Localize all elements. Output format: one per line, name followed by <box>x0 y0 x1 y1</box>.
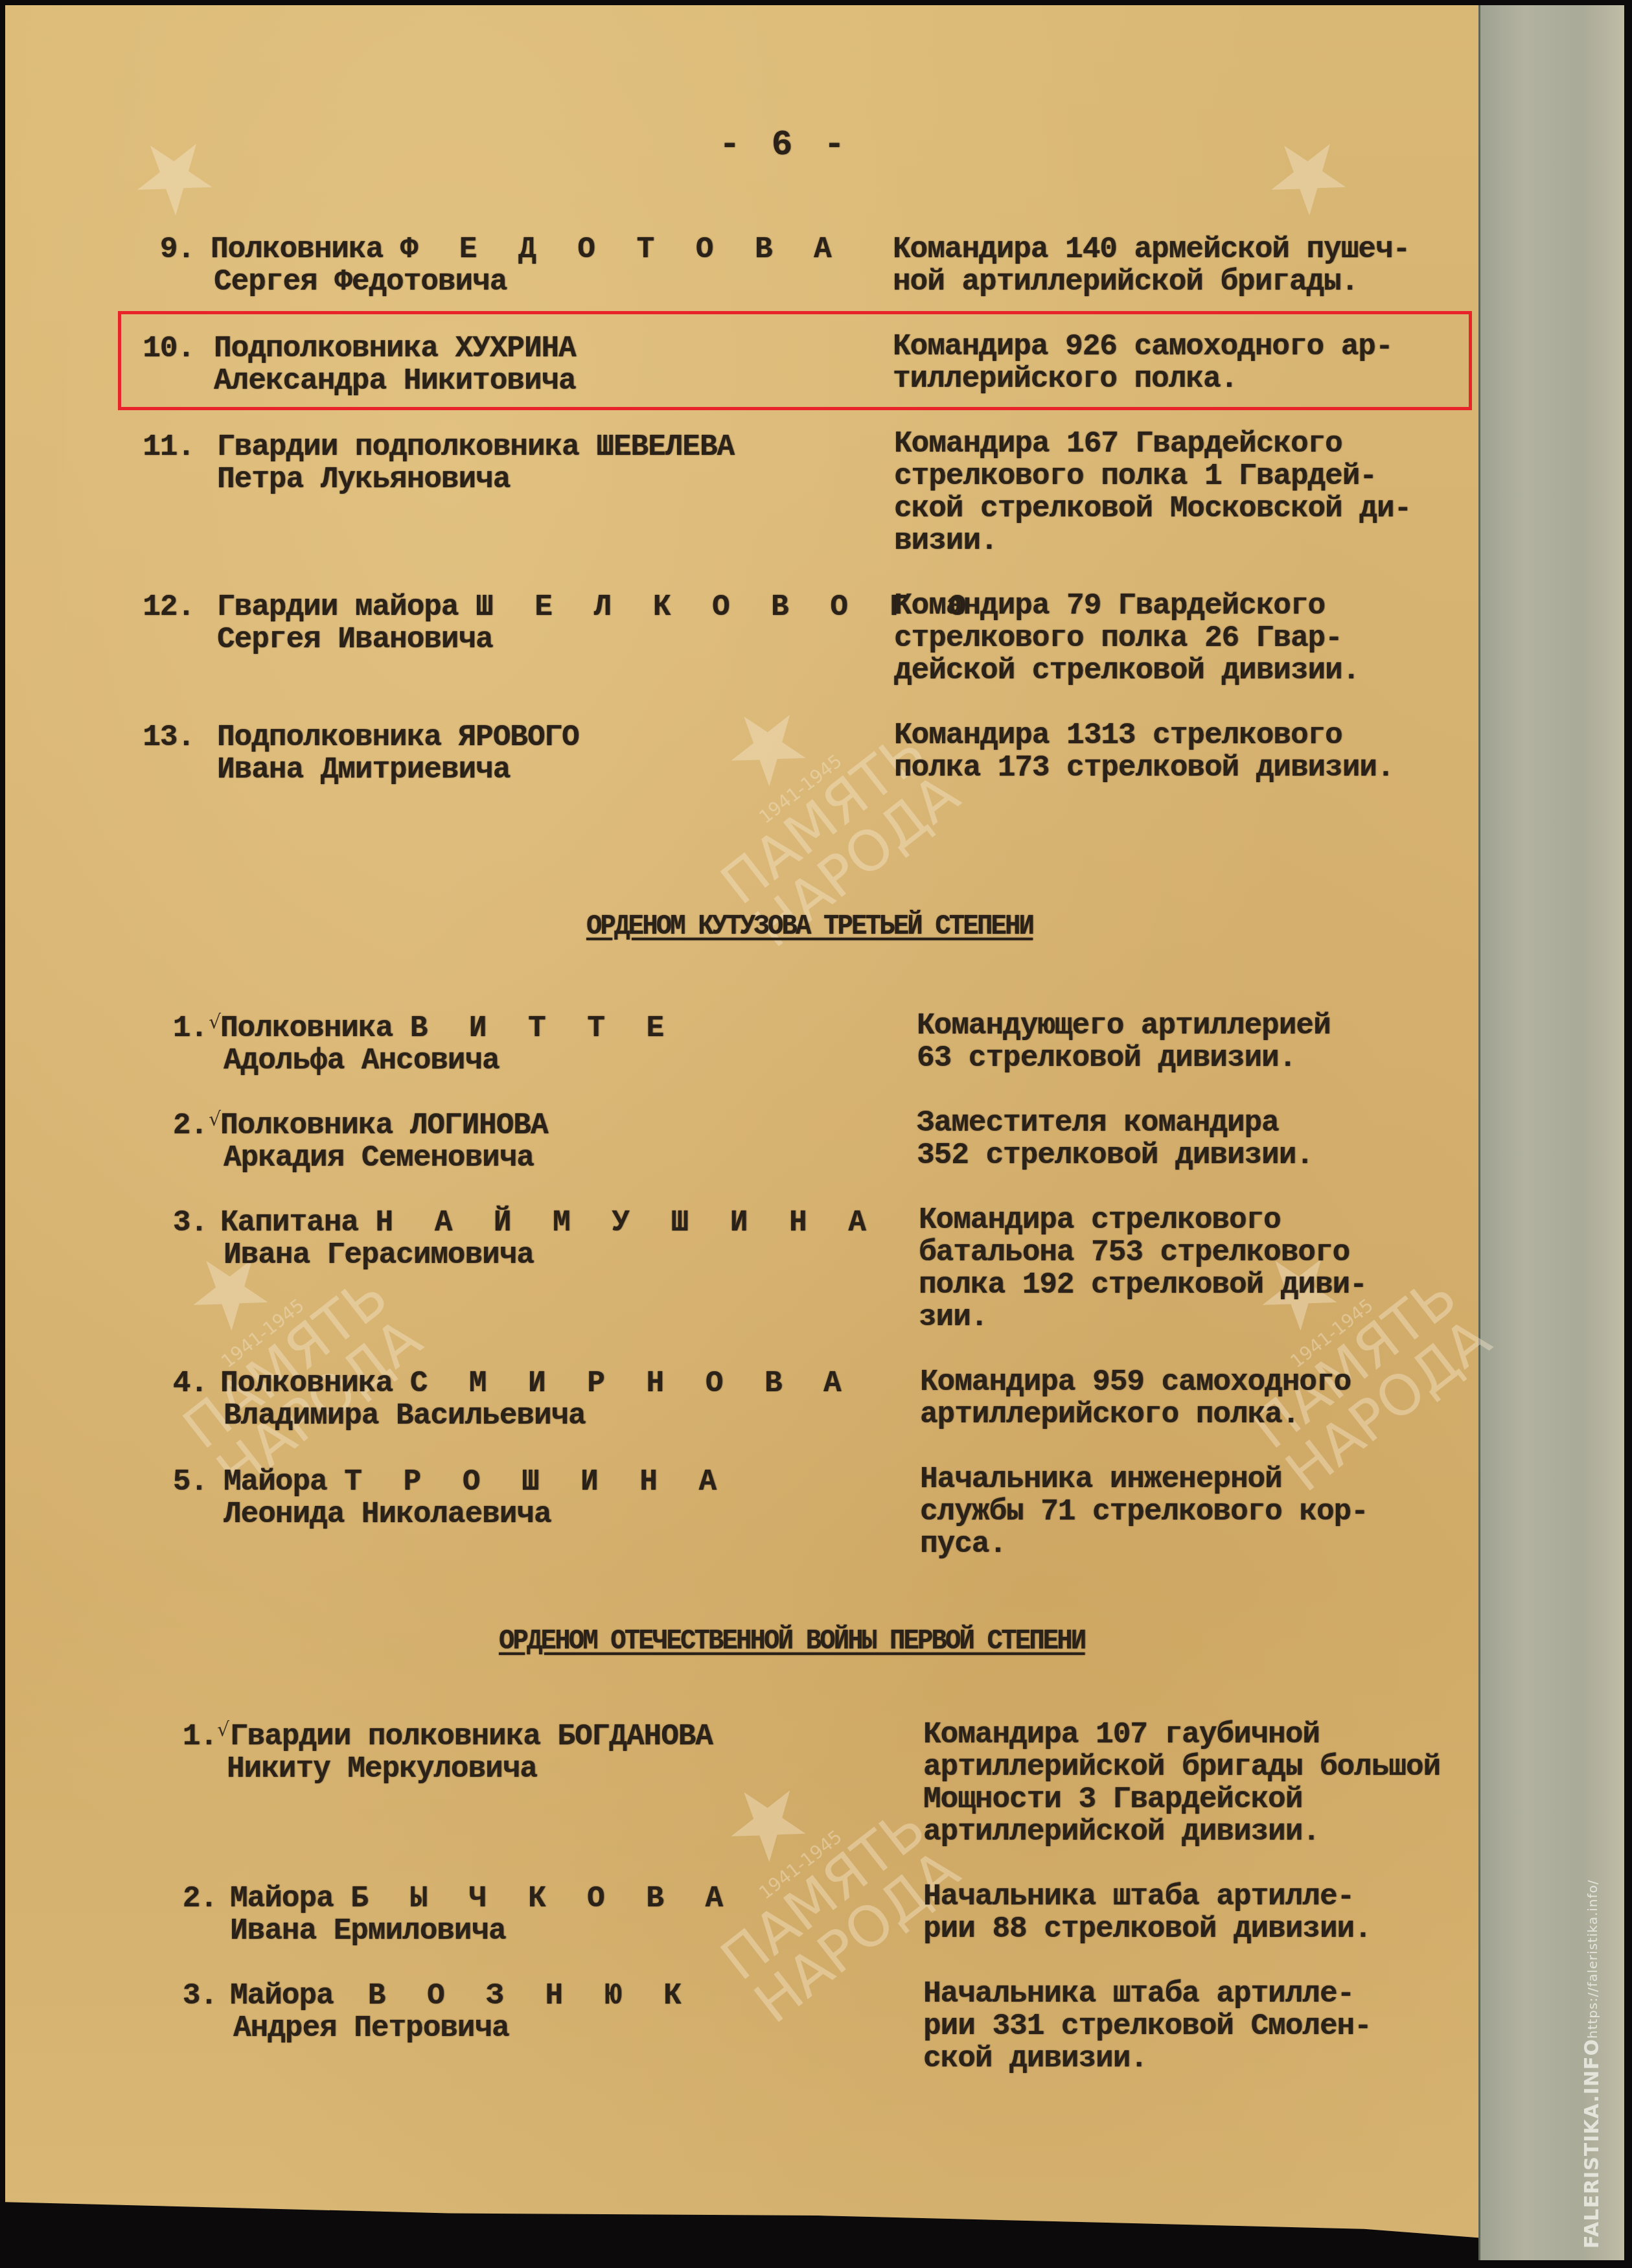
entry-position-line: рии 331 стрелковой Смолен- <box>923 2010 1372 2042</box>
entry-position-line: рии 88 стрелковой дивизии. <box>923 1913 1372 1945</box>
entry-name-line2: Аркадия Семеновича <box>224 1142 534 1174</box>
entry-position-line: Командира 140 армейской пушеч- <box>893 233 1410 266</box>
entry-position-line: пуса. <box>920 1528 1006 1560</box>
entry-position-line: 352 стрелковой дивизии. <box>917 1139 1313 1172</box>
entry-position-line: 63 стрелковой дивизии. <box>917 1042 1296 1074</box>
entry-position-line: дейской стрелковой дивизии. <box>894 654 1359 687</box>
entry-name-line1: Подполковника ХУХРИНА <box>214 332 576 365</box>
entry-name-line2: Ивана Ермиловича <box>230 1915 506 1947</box>
entry-name-line1: Майора Б Ы Ч К О В А <box>230 1882 735 1915</box>
entry-name-line1: Гвардии полковника БОГДАНОВА <box>230 1720 713 1753</box>
entry-number: 3. <box>146 1980 217 2012</box>
entry-position-line: Командира 79 Гвардейского <box>894 590 1325 622</box>
entry-name-line2: Петра Лукьяновича <box>217 463 510 496</box>
entry-name-line2: Ивана Герасимовича <box>224 1239 534 1271</box>
entry-name-line2: Александра Никитовича <box>214 365 576 397</box>
entry-position-line: Заместителя командира <box>917 1107 1279 1139</box>
entry-name-line1: Гвардии подполковника ШЕВЕЛЕВА <box>217 431 734 463</box>
entry-position-line: артиллерийской бригады большой <box>923 1751 1440 1783</box>
entry-name-line2: Леонида Николаевича <box>224 1498 551 1531</box>
entry-position-line: Начальника штаба артилле- <box>923 1978 1354 2010</box>
entry-position-line: Командира стрелкового <box>919 1204 1281 1236</box>
entry-position-line: Командующего артиллерией <box>917 1010 1331 1042</box>
entry-name-line1: Полковника В И Т Т Е <box>220 1012 676 1045</box>
entry-position-line: стрелкового полка 1 Гвардей- <box>894 460 1377 492</box>
entry-position-line: Начальника штаба артилле- <box>923 1880 1354 1913</box>
entry-number: 13. <box>123 721 194 754</box>
entry-name-line2: Адольфа Ансовича <box>224 1045 500 1077</box>
entry-position-line: Командира 959 самоходного <box>920 1366 1351 1398</box>
checkmark-icon: √ <box>217 1718 229 1741</box>
entry-position-line: полка 173 стрелковой дивизии. <box>894 752 1394 784</box>
entry-number: 3. <box>136 1207 207 1239</box>
entry-position-line: ской дивизии. <box>923 2042 1147 2075</box>
entry-position-line: Командира 167 Гвардейского <box>894 428 1342 460</box>
entry-name-line2: Сергея Ивановича <box>217 623 493 656</box>
entry-position-line: ской стрелковой Московской ди- <box>894 492 1411 525</box>
entry-position-line: Командира 1313 стрелкового <box>894 719 1342 752</box>
entry-name-line1: Полковника Ф Е Д О Т О В А <box>211 233 844 266</box>
entry-position-line: службы 71 стрелкового кор- <box>920 1496 1368 1528</box>
entry-number: 2. <box>136 1109 207 1142</box>
entry-number: 5. <box>136 1466 207 1498</box>
entry-position-line: полка 192 стрелковой диви- <box>919 1269 1367 1301</box>
entry-number: 12. <box>123 591 194 623</box>
site-watermark-url: https://faleristika.info/ <box>1585 1879 1600 2039</box>
site-watermark-text: FALERISTIKA.INFO <box>1581 2039 1603 2249</box>
entry-name-line2: Никиту Меркуловича <box>227 1753 537 1785</box>
entry-position-line: визии. <box>894 525 998 557</box>
section-heading-kutuzov: ОРДЕНОМ КУТУЗОВА ТРЕТЬЕЙ СТЕПЕНИ <box>586 910 1033 943</box>
entry-name-line1: Майора Т Р О Ш И Н А <box>224 1466 728 1498</box>
entry-position-line: зии. <box>919 1301 987 1334</box>
entry-position-line: батальона 753 стрелкового <box>919 1236 1350 1269</box>
entry-name-line2: Ивана Дмитриевича <box>217 754 510 786</box>
entry-name-line1: Полковника С М И Р Н О В А <box>220 1367 853 1400</box>
entry-number: 2. <box>146 1882 217 1915</box>
entry-name-line2: Владимира Васильевича <box>224 1400 586 1432</box>
entry-name-line1: Капитана Н А Й М У Ш И Н А <box>220 1207 878 1239</box>
entry-number: 9. <box>123 233 194 266</box>
entry-position-line: стрелкового полка 26 Гвар- <box>894 622 1342 654</box>
entry-position-line: тиллерийского полка. <box>893 363 1237 395</box>
entry-number: 11. <box>123 431 194 463</box>
entry-position-line: Командира 926 самоходного ар- <box>893 330 1393 363</box>
site-watermark: FALERISTIKA.INFOhttps://faleristika.info… <box>1581 2015 1626 2249</box>
checkmark-icon: √ <box>209 1108 221 1131</box>
entry-position-line: артиллерийской дивизии. <box>923 1816 1320 1848</box>
entry-name-line1: Гвардии майора Ш Е Л К О В О Г О <box>217 591 978 623</box>
entry-position-line: Мощности 3 Гвардейской <box>923 1783 1302 1816</box>
entry-number: 10. <box>123 332 194 365</box>
entry-number: 1. <box>146 1720 217 1753</box>
entry-name-line2: Андрея Петровича <box>233 2012 509 2044</box>
entry-number: 4. <box>136 1367 207 1400</box>
section-heading-patriotic-war: ОРДЕНОМ ОТЕЧЕСТВЕННОЙ ВОЙНЫ ПЕРВОЙ СТЕПЕ… <box>499 1625 1085 1658</box>
mounting-strip <box>1478 5 1624 2260</box>
entry-name-line1: Майора В О З Н Ю К <box>230 1980 693 2012</box>
page-number: - 6 - <box>719 130 850 162</box>
entry-number: 1. <box>136 1012 207 1045</box>
checkmark-icon: √ <box>209 1011 221 1034</box>
entry-name-line1: Подполковника ЯРОВОГО <box>217 721 579 754</box>
entry-name-line2: Сергея Федотовича <box>214 266 507 298</box>
entry-position-line: Начальника инженерной <box>920 1463 1282 1496</box>
entry-name-line1: Полковника ЛОГИНОВА <box>220 1109 548 1142</box>
entry-position-line: Командира 107 гаубичной <box>923 1718 1320 1751</box>
entry-position-line: артиллерийского полка. <box>920 1398 1299 1431</box>
entry-position-line: ной артиллерийской бригады. <box>893 266 1358 298</box>
